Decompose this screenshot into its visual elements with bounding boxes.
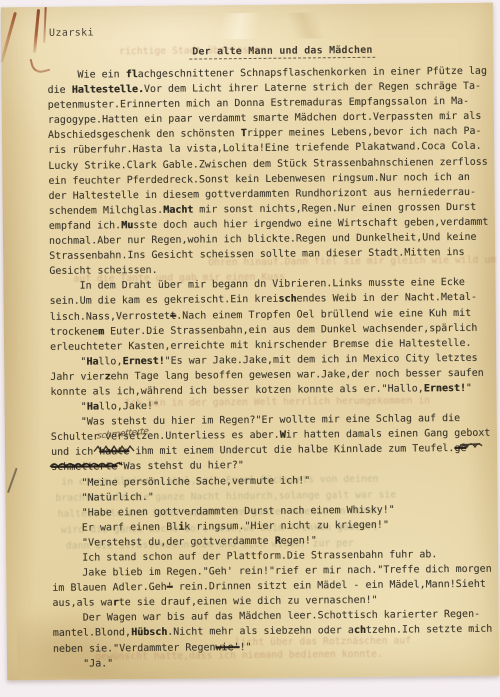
paperclip-rust-stain <box>0 12 17 63</box>
ink-scratch <box>7 468 17 493</box>
typed-lines: Wie ein flachgeschnittener Schnapsflasch… <box>47 64 500 672</box>
paperclip-rust-stain <box>43 7 47 43</box>
photo-of-typewritten-page: { "document": { "author": "Uzarski", "ti… <box>0 0 500 697</box>
typewritten-page: richtige Stadt überlassen Ohren hinauf.D… <box>1 3 499 681</box>
author-name: Uzarski <box>49 27 94 38</box>
page-title: Der alte Mann und das Mädchen <box>189 45 376 60</box>
paper-crease-top <box>61 11 441 41</box>
paperclip-rust-stain <box>33 9 40 53</box>
